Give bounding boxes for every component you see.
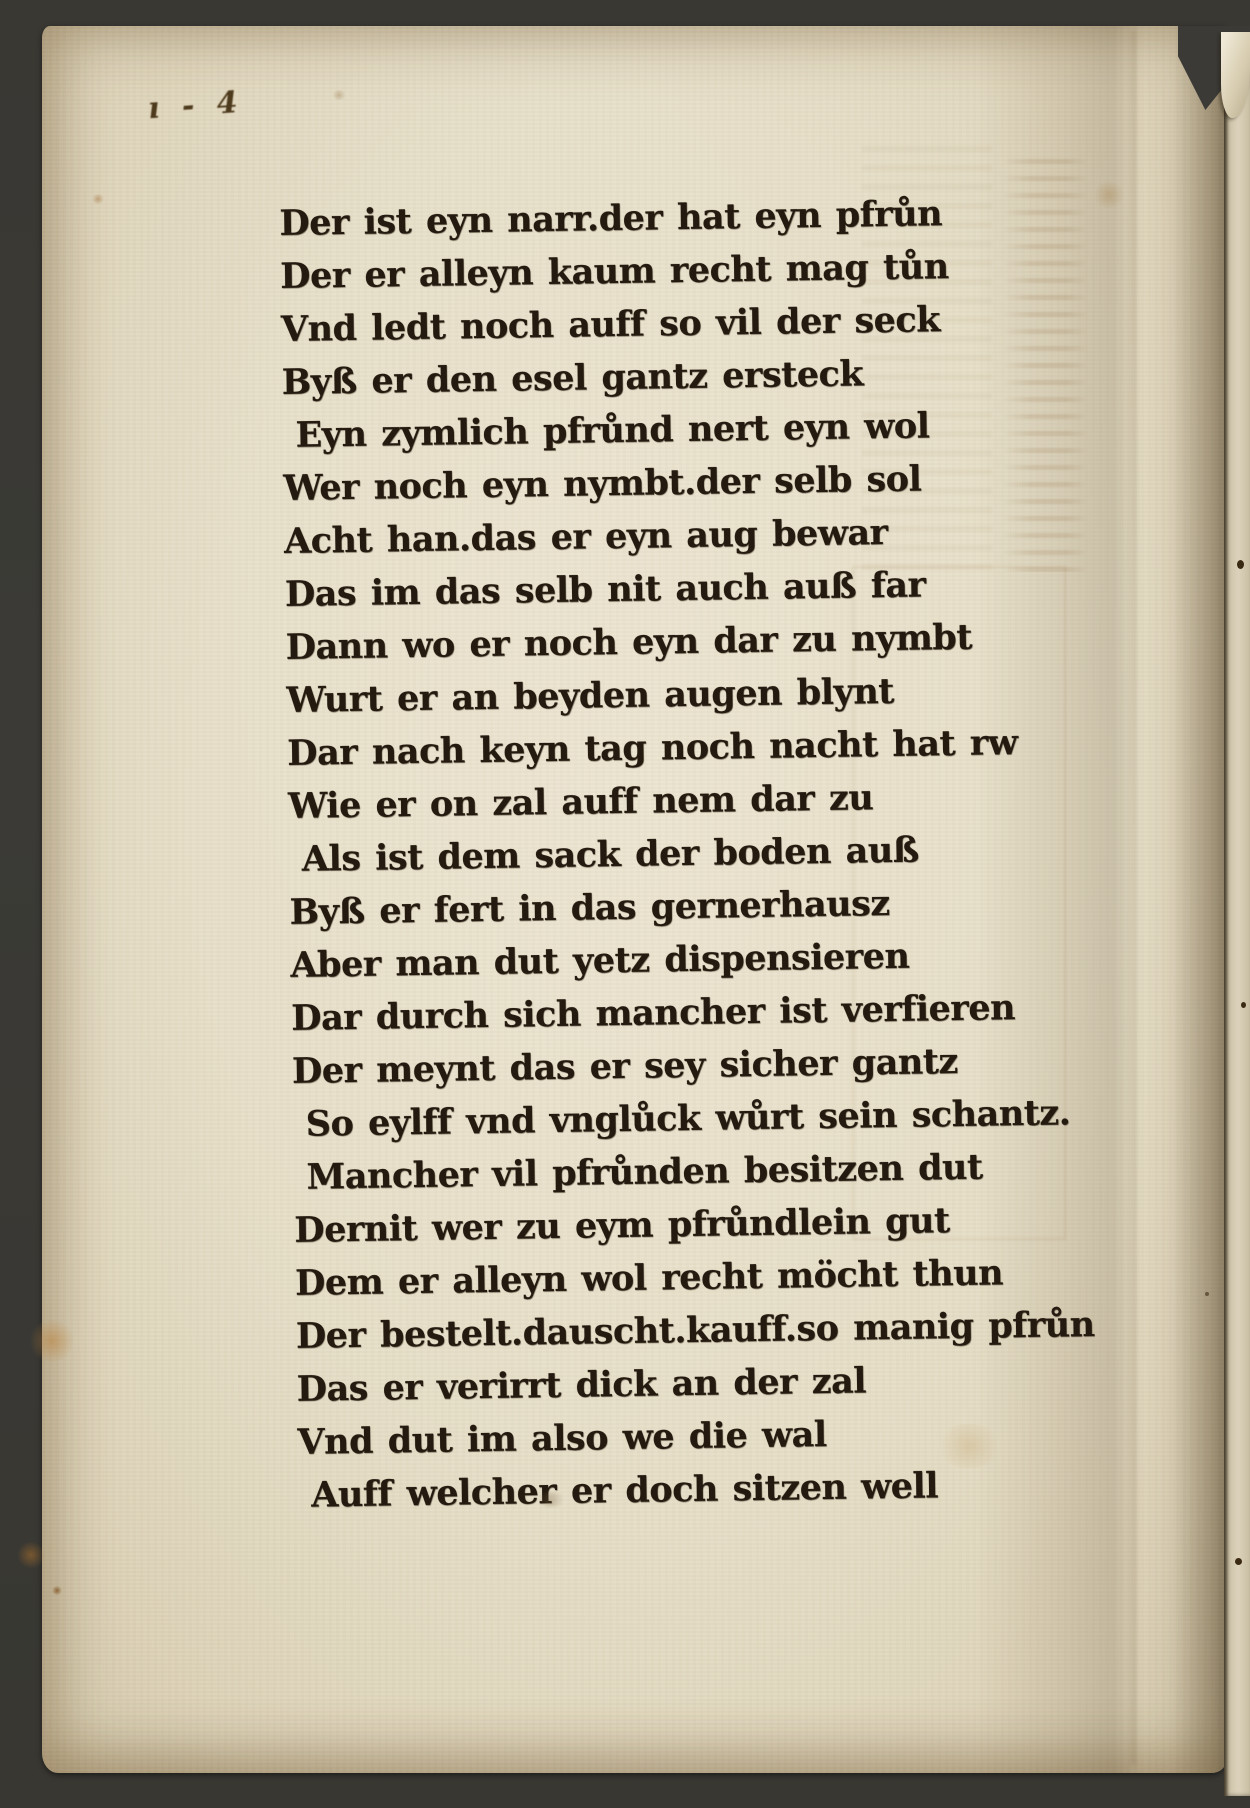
page-fold-shadow <box>1131 30 1136 1765</box>
smudge <box>536 1492 566 1507</box>
foxing-stain <box>934 1424 1004 1468</box>
foxing-stain <box>52 1586 62 1595</box>
ink-fleck <box>1241 1002 1246 1008</box>
foxing-stain <box>28 1320 76 1362</box>
ink-fleck <box>1205 1292 1209 1296</box>
foxing-stain <box>1092 182 1126 208</box>
poem-text-block: Der ist eyn narr.der hat eyn pfrůn Der e… <box>279 186 1069 1522</box>
foxing-stain <box>16 1542 46 1568</box>
ink-fleck <box>1237 560 1244 569</box>
foxing-stain <box>332 90 346 100</box>
handwritten-quire-mark: ı - 4 <box>147 85 245 127</box>
foxing-stain <box>92 194 104 204</box>
book-scan: ı - 4 Der ist eyn narr.der hat eyn pfrůn… <box>0 0 1250 1808</box>
next-leaf-edge <box>1224 36 1250 1796</box>
ink-fleck <box>1235 1558 1242 1565</box>
